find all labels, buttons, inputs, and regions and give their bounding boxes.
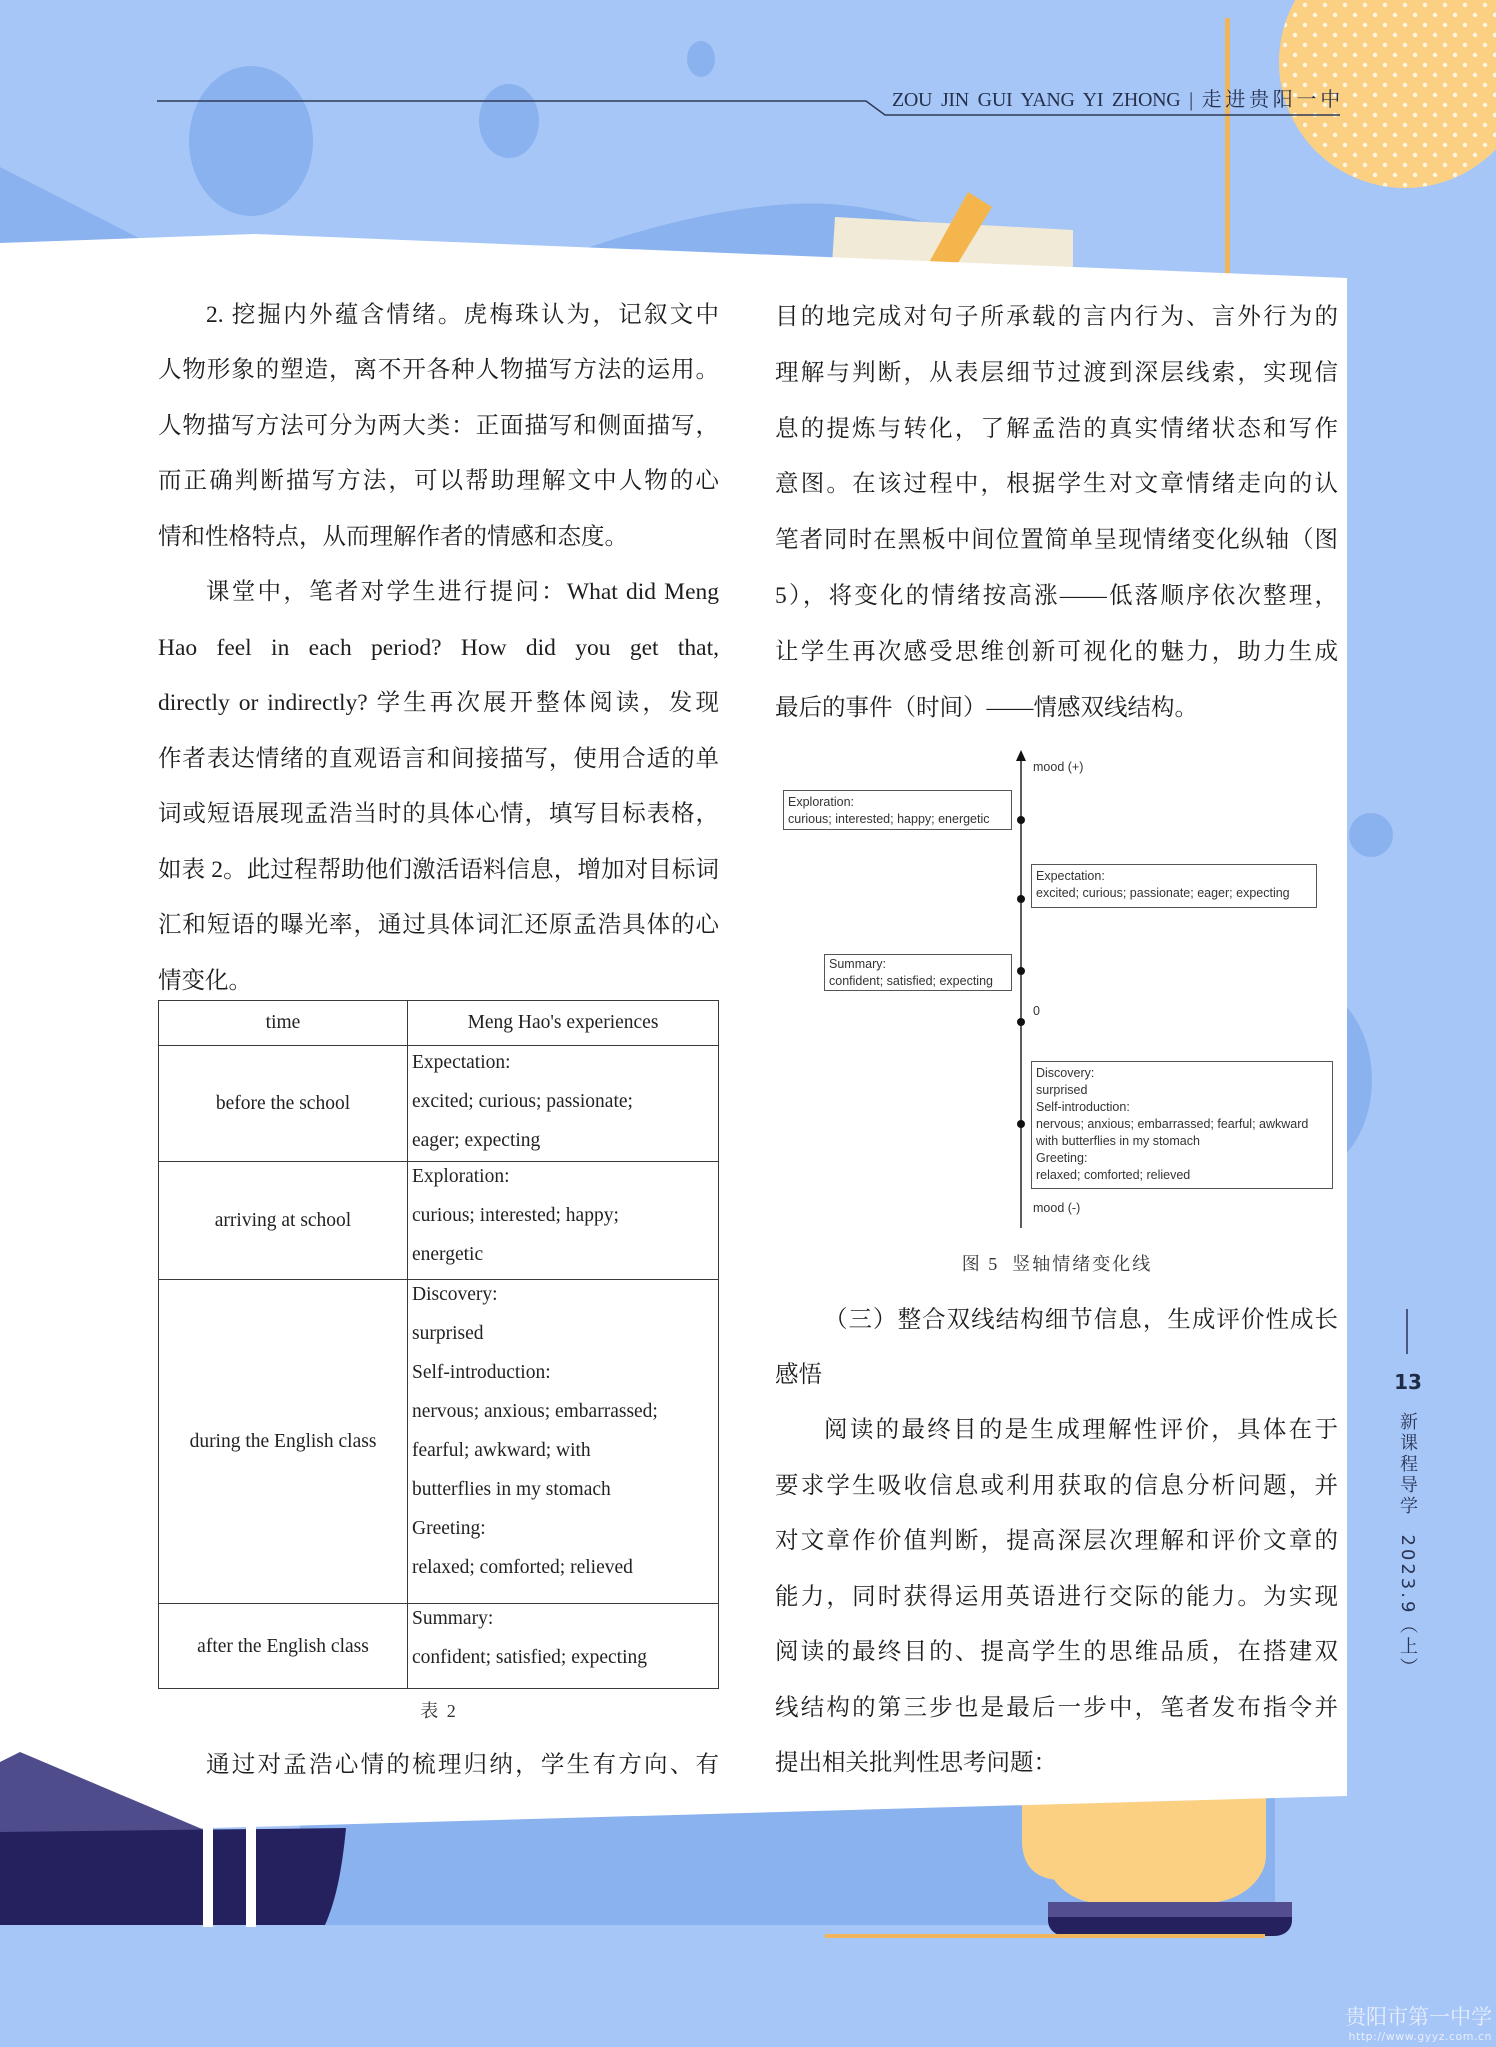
text-line: 能力，同时获得运用英语进行交际的能力。为实现 bbox=[775, 1580, 1338, 1614]
text-line: 意图。在该过程中，根据学生对文章情绪走向的认知， bbox=[775, 467, 1338, 501]
mood-box-discovery: Discovery: surprised Self-introduction: … bbox=[1031, 1061, 1333, 1189]
box-line: confident; satisfied; expecting bbox=[829, 973, 1007, 990]
cell-line: eager; expecting bbox=[412, 1121, 718, 1160]
text-line: 最后的事件（时间）——情感双线结构。 bbox=[775, 691, 1338, 725]
text-line: 汇和短语的曝光率，通过具体词汇还原孟浩具体的心 bbox=[158, 908, 719, 942]
mood-point-zero bbox=[1017, 1018, 1025, 1026]
box-line: surprised bbox=[1036, 1082, 1328, 1099]
table-cell-experiences: Exploration: curious; interested; happy;… bbox=[408, 1157, 718, 1274]
experiences-table: time Meng Hao's experiences before the s… bbox=[158, 1000, 719, 1689]
text-line: 对文章作价值判断，提高深层次理解和评价文章的 bbox=[775, 1524, 1338, 1558]
axis-label-positive: mood (+) bbox=[1033, 760, 1083, 774]
mood-box-expectation: Expectation: excited; curious; passionat… bbox=[1031, 864, 1317, 908]
cell-line: butterflies in my stomach bbox=[412, 1470, 718, 1509]
table-header-row: time Meng Hao's experiences bbox=[159, 1001, 718, 1045]
watermark-school-name: 贵阳市第一中学 bbox=[1345, 2001, 1492, 2031]
text-line: 词或短语展现孟浩当时的具体心情，填写目标表格， bbox=[158, 797, 719, 831]
box-line: curious; interested; happy; energetic bbox=[788, 811, 1007, 828]
cell-line: relaxed; comforted; relieved bbox=[412, 1548, 718, 1587]
box-line: with butterflies in my stomach bbox=[1036, 1133, 1328, 1150]
text-line: 课堂中，笔者对学生进行提问：What did Meng bbox=[206, 575, 719, 609]
mood-box-summary: Summary: confident; satisfied; expecting bbox=[824, 954, 1012, 991]
mood-point-summary bbox=[1017, 967, 1025, 975]
text-line: 5），将变化的情绪按高涨——低落顺序依次整理， bbox=[775, 579, 1338, 613]
text-line: 2. 挖掘内外蕴含情绪。虎梅珠认为，记叙文中 bbox=[206, 298, 719, 332]
cell-line: Greeting: bbox=[412, 1509, 718, 1548]
mood-point-expectation bbox=[1017, 895, 1025, 903]
text-line: 阅读的最终目的、提高学生的思维品质，在搭建双 bbox=[775, 1635, 1338, 1669]
text-line: 理解与判断，从表层细节过渡到深层线索，实现信 bbox=[775, 356, 1338, 390]
text-line: 要求学生吸收信息或利用获取的信息分析问题，并 bbox=[775, 1469, 1338, 1503]
box-line: Self-introduction: bbox=[1036, 1099, 1328, 1116]
text-line: 笔者同时在黑板中间位置简单呈现情绪变化纵轴（图 bbox=[775, 523, 1338, 557]
text-line: 如表 2。此过程帮助他们激活语料信息，增加对目标词 bbox=[158, 853, 719, 887]
table-header-experiences: Meng Hao's experiences bbox=[408, 1001, 718, 1045]
text-line: 阅读的最终目的是生成理解性评价，具体在于 bbox=[824, 1413, 1338, 1447]
table-row: during the English class Discovery: surp… bbox=[159, 1279, 718, 1603]
cell-line: Discovery: bbox=[412, 1275, 718, 1314]
cell-line: fearful; awkward; with bbox=[412, 1431, 718, 1470]
table-cell-experiences: Summary: confident; satisfied; expecting bbox=[408, 1599, 718, 1684]
text-line: directly or indirectly? 学生再次展开整体阅读，发现 bbox=[158, 686, 719, 720]
cell-line: surprised bbox=[412, 1314, 718, 1353]
cell-line: Summary: bbox=[412, 1599, 718, 1638]
table-header-time: time bbox=[159, 1001, 408, 1045]
box-line: excited; curious; passionate; eager; exp… bbox=[1036, 885, 1312, 902]
table-cell-time: before the school bbox=[159, 1046, 408, 1161]
text-line: 提出相关批判性思考问题： bbox=[775, 1746, 1338, 1780]
text-line: 作者表达情绪的直观语言和间接描写，使用合适的单 bbox=[158, 742, 719, 776]
table-row: after the English class Summary: confide… bbox=[159, 1603, 718, 1689]
text-line: 让学生再次感受思维创新可视化的魅力，助力生成 bbox=[775, 635, 1338, 669]
cell-line: Self-introduction: bbox=[412, 1353, 718, 1392]
box-line: Summary: bbox=[829, 956, 1007, 973]
cell-line: curious; interested; happy; bbox=[412, 1196, 718, 1235]
text-line: 情变化。 bbox=[158, 964, 719, 998]
box-line: nervous; anxious; embarrassed; fearful; … bbox=[1036, 1116, 1328, 1133]
box-line: Exploration: bbox=[788, 794, 1007, 811]
figure-caption: 图 5 竖轴情绪变化线 bbox=[907, 1250, 1207, 1276]
box-line: relaxed; comforted; relieved bbox=[1036, 1167, 1328, 1184]
cell-line: confident; satisfied; expecting bbox=[412, 1638, 718, 1677]
table-cell-experiences: Expectation: excited; curious; passionat… bbox=[408, 1043, 718, 1158]
mood-box-exploration: Exploration: curious; interested; happy;… bbox=[783, 790, 1012, 830]
cell-line: Exploration: bbox=[412, 1157, 718, 1196]
table-row: before the school Expectation: excited; … bbox=[159, 1045, 718, 1161]
table-row: arriving at school Exploration: curious;… bbox=[159, 1161, 718, 1279]
text-line: 线结构的第三步也是最后一步中，笔者发布指令并 bbox=[775, 1691, 1338, 1725]
cell-line: Expectation: bbox=[412, 1043, 718, 1082]
text-line: 而正确判断描写方法，可以帮助理解文中人物的心 bbox=[158, 464, 719, 498]
axis-label-zero: 0 bbox=[1033, 1004, 1040, 1018]
box-line: Expectation: bbox=[1036, 868, 1312, 885]
journal-issue-label: 新课程导学 2023.9（上） bbox=[1394, 1412, 1420, 1678]
text-line: Hao feel in each period? How did you get… bbox=[158, 631, 719, 665]
running-header-title: ZOU JIN GUI YANG YI ZHONG | 走进贵阳一中 bbox=[892, 86, 1340, 114]
text-line: 人物形象的塑造，离不开各种人物描写方法的运用。 bbox=[158, 353, 719, 387]
axis-label-negative: mood (-) bbox=[1033, 1201, 1080, 1215]
text-line: 人物描写方法可分为两大类：正面描写和侧面描写， bbox=[158, 409, 719, 443]
table-cell-time: during the English class bbox=[159, 1280, 408, 1603]
mood-point-exploration bbox=[1017, 816, 1025, 824]
text-line: 情和性格特点，从而理解作者的情感和态度。 bbox=[158, 520, 719, 554]
table-cell-time: arriving at school bbox=[159, 1162, 408, 1279]
text-line: 通过对孟浩心情的梳理归纳，学生有方向、有 bbox=[206, 1748, 719, 1782]
table-caption: 表 2 bbox=[389, 1697, 489, 1723]
watermark-url: http://www.gyyz.com.cn bbox=[1349, 2030, 1492, 2043]
table-cell-experiences: Discovery: surprised Self-introduction: … bbox=[408, 1275, 718, 1598]
text-line: 息的提炼与转化，了解孟浩的真实情绪状态和写作 bbox=[775, 412, 1338, 446]
heading-line: （三）整合双线结构细节信息，生成评价性成长 bbox=[824, 1303, 1338, 1337]
cell-line: excited; curious; passionate; bbox=[412, 1082, 718, 1121]
cell-line: energetic bbox=[412, 1235, 718, 1274]
cell-line: nervous; anxious; embarrassed; bbox=[412, 1392, 718, 1431]
table-cell-time: after the English class bbox=[159, 1604, 408, 1689]
text-line: 目的地完成对句子所承载的言内行为、言外行为的 bbox=[775, 300, 1338, 334]
mood-point-discovery bbox=[1017, 1120, 1025, 1128]
page-number: 13 bbox=[1388, 1370, 1428, 1394]
box-line: Discovery: bbox=[1036, 1065, 1328, 1082]
heading-line: 感悟 bbox=[775, 1358, 1338, 1392]
box-line: Greeting: bbox=[1036, 1150, 1328, 1167]
